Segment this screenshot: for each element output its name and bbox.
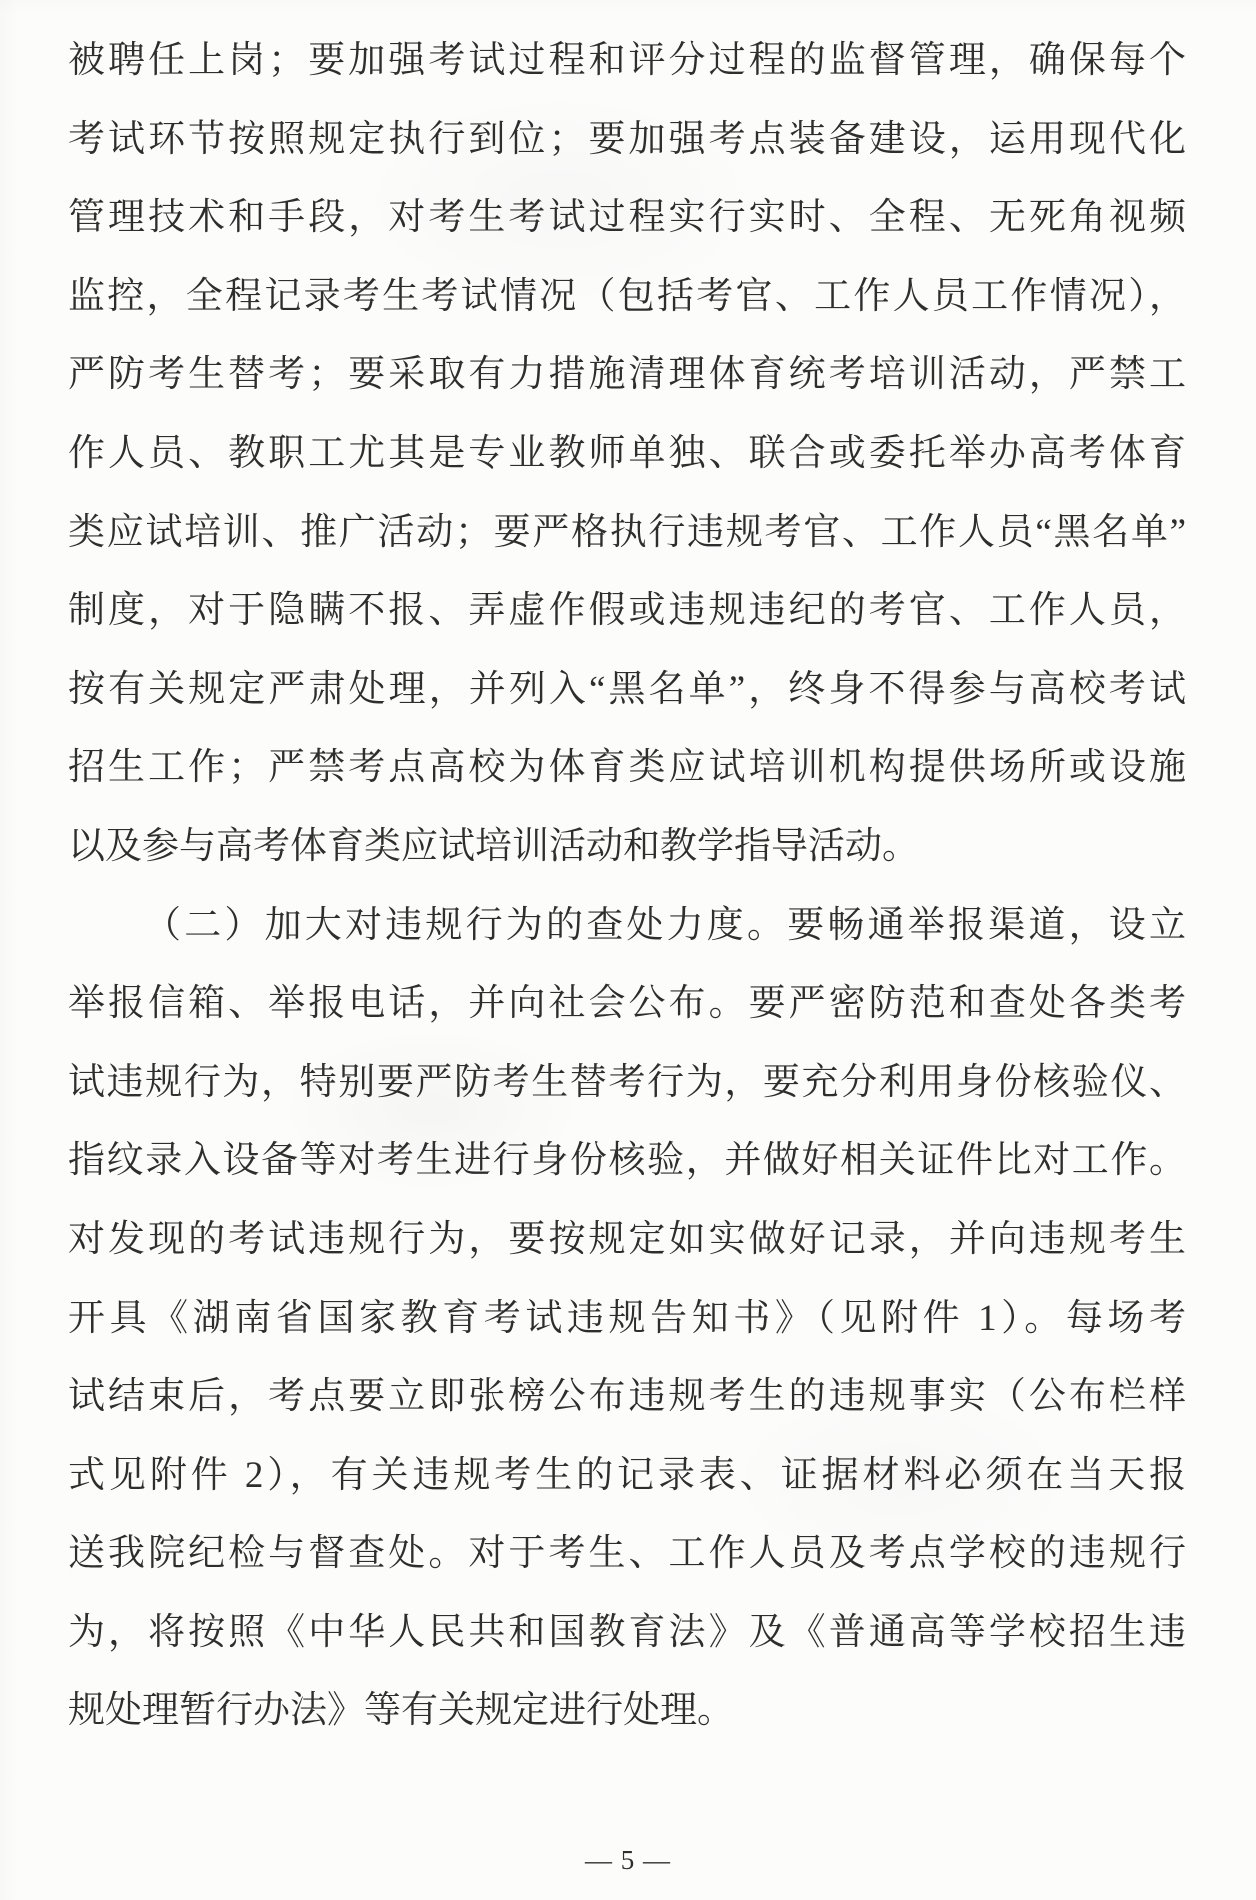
text-line: 严防考生替考；要采取有力措施清理体育统考培训活动，严禁工	[68, 336, 1186, 415]
text-line: 对发现的考试违规行为，要按规定如实做好记录，并向违规考生	[68, 1201, 1186, 1280]
text-line: 为，将按照《中华人民共和国教育法》及《普通高等学校招生违	[68, 1594, 1186, 1673]
text-line: 制度，对于隐瞒不报、弄虚作假或违规违纪的考官、工作人员，	[68, 572, 1186, 651]
text-line: 监控，全程记录考生考试情况（包括考官、工作人员工作情况），	[68, 258, 1186, 337]
page-number: — 5 —	[0, 1840, 1256, 1880]
text-line: 试违规行为，特别要严防考生替考行为，要充分利用身份核验仪、	[68, 1044, 1186, 1123]
text-line: 式见附件 2），有关违规考生的记录表、证据材料必须在当天报	[68, 1437, 1186, 1516]
text-line: 类应试培训、推广活动；要严格执行违规考官、工作人员“黑名单”	[68, 494, 1186, 573]
text-line: 举报信箱、举报电话，并向社会公布。要严密防范和查处各类考	[68, 965, 1186, 1044]
text-line: 以及参与高考体育类应试培训活动和教学指导活动。	[68, 808, 1186, 887]
text-line: 被聘任上岗；要加强考试过程和评分过程的监督管理，确保每个	[68, 22, 1186, 101]
document-body: 被聘任上岗；要加强考试过程和评分过程的监督管理，确保每个 考试环节按照规定执行到…	[68, 22, 1186, 1751]
text-line: 按有关规定严肃处理，并列入“黑名单”，终身不得参与高校考试	[68, 651, 1186, 730]
text-line: 规处理暂行办法》等有关规定进行处理。	[68, 1672, 1186, 1751]
text-line: 开具《湖南省国家教育考试违规告知书》（见附件 1）。每场考	[68, 1280, 1186, 1359]
text-line: 作人员、教职工尤其是专业教师单独、联合或委托举办高考体育	[68, 415, 1186, 494]
text-line-paragraph-start: （二）加大对违规行为的查处力度。要畅通举报渠道，设立	[68, 887, 1186, 966]
text-line: 送我院纪检与督查处。对于考生、工作人员及考点学校的违规行	[68, 1515, 1186, 1594]
text-line: 招生工作；严禁考点高校为体育类应试培训机构提供场所或设施	[68, 729, 1186, 808]
text-line: 试结束后，考点要立即张榜公布违规考生的违规事实（公布栏样	[68, 1358, 1186, 1437]
text-line: 指纹录入设备等对考生进行身份核验，并做好相关证件比对工作。	[68, 1122, 1186, 1201]
scanned-document-page: 被聘任上岗；要加强考试过程和评分过程的监督管理，确保每个 考试环节按照规定执行到…	[0, 0, 1256, 1900]
text-line: 考试环节按照规定执行到位；要加强考点装备建设，运用现代化	[68, 101, 1186, 180]
text-line: 管理技术和手段，对考生考试过程实行实时、全程、无死角视频	[68, 179, 1186, 258]
